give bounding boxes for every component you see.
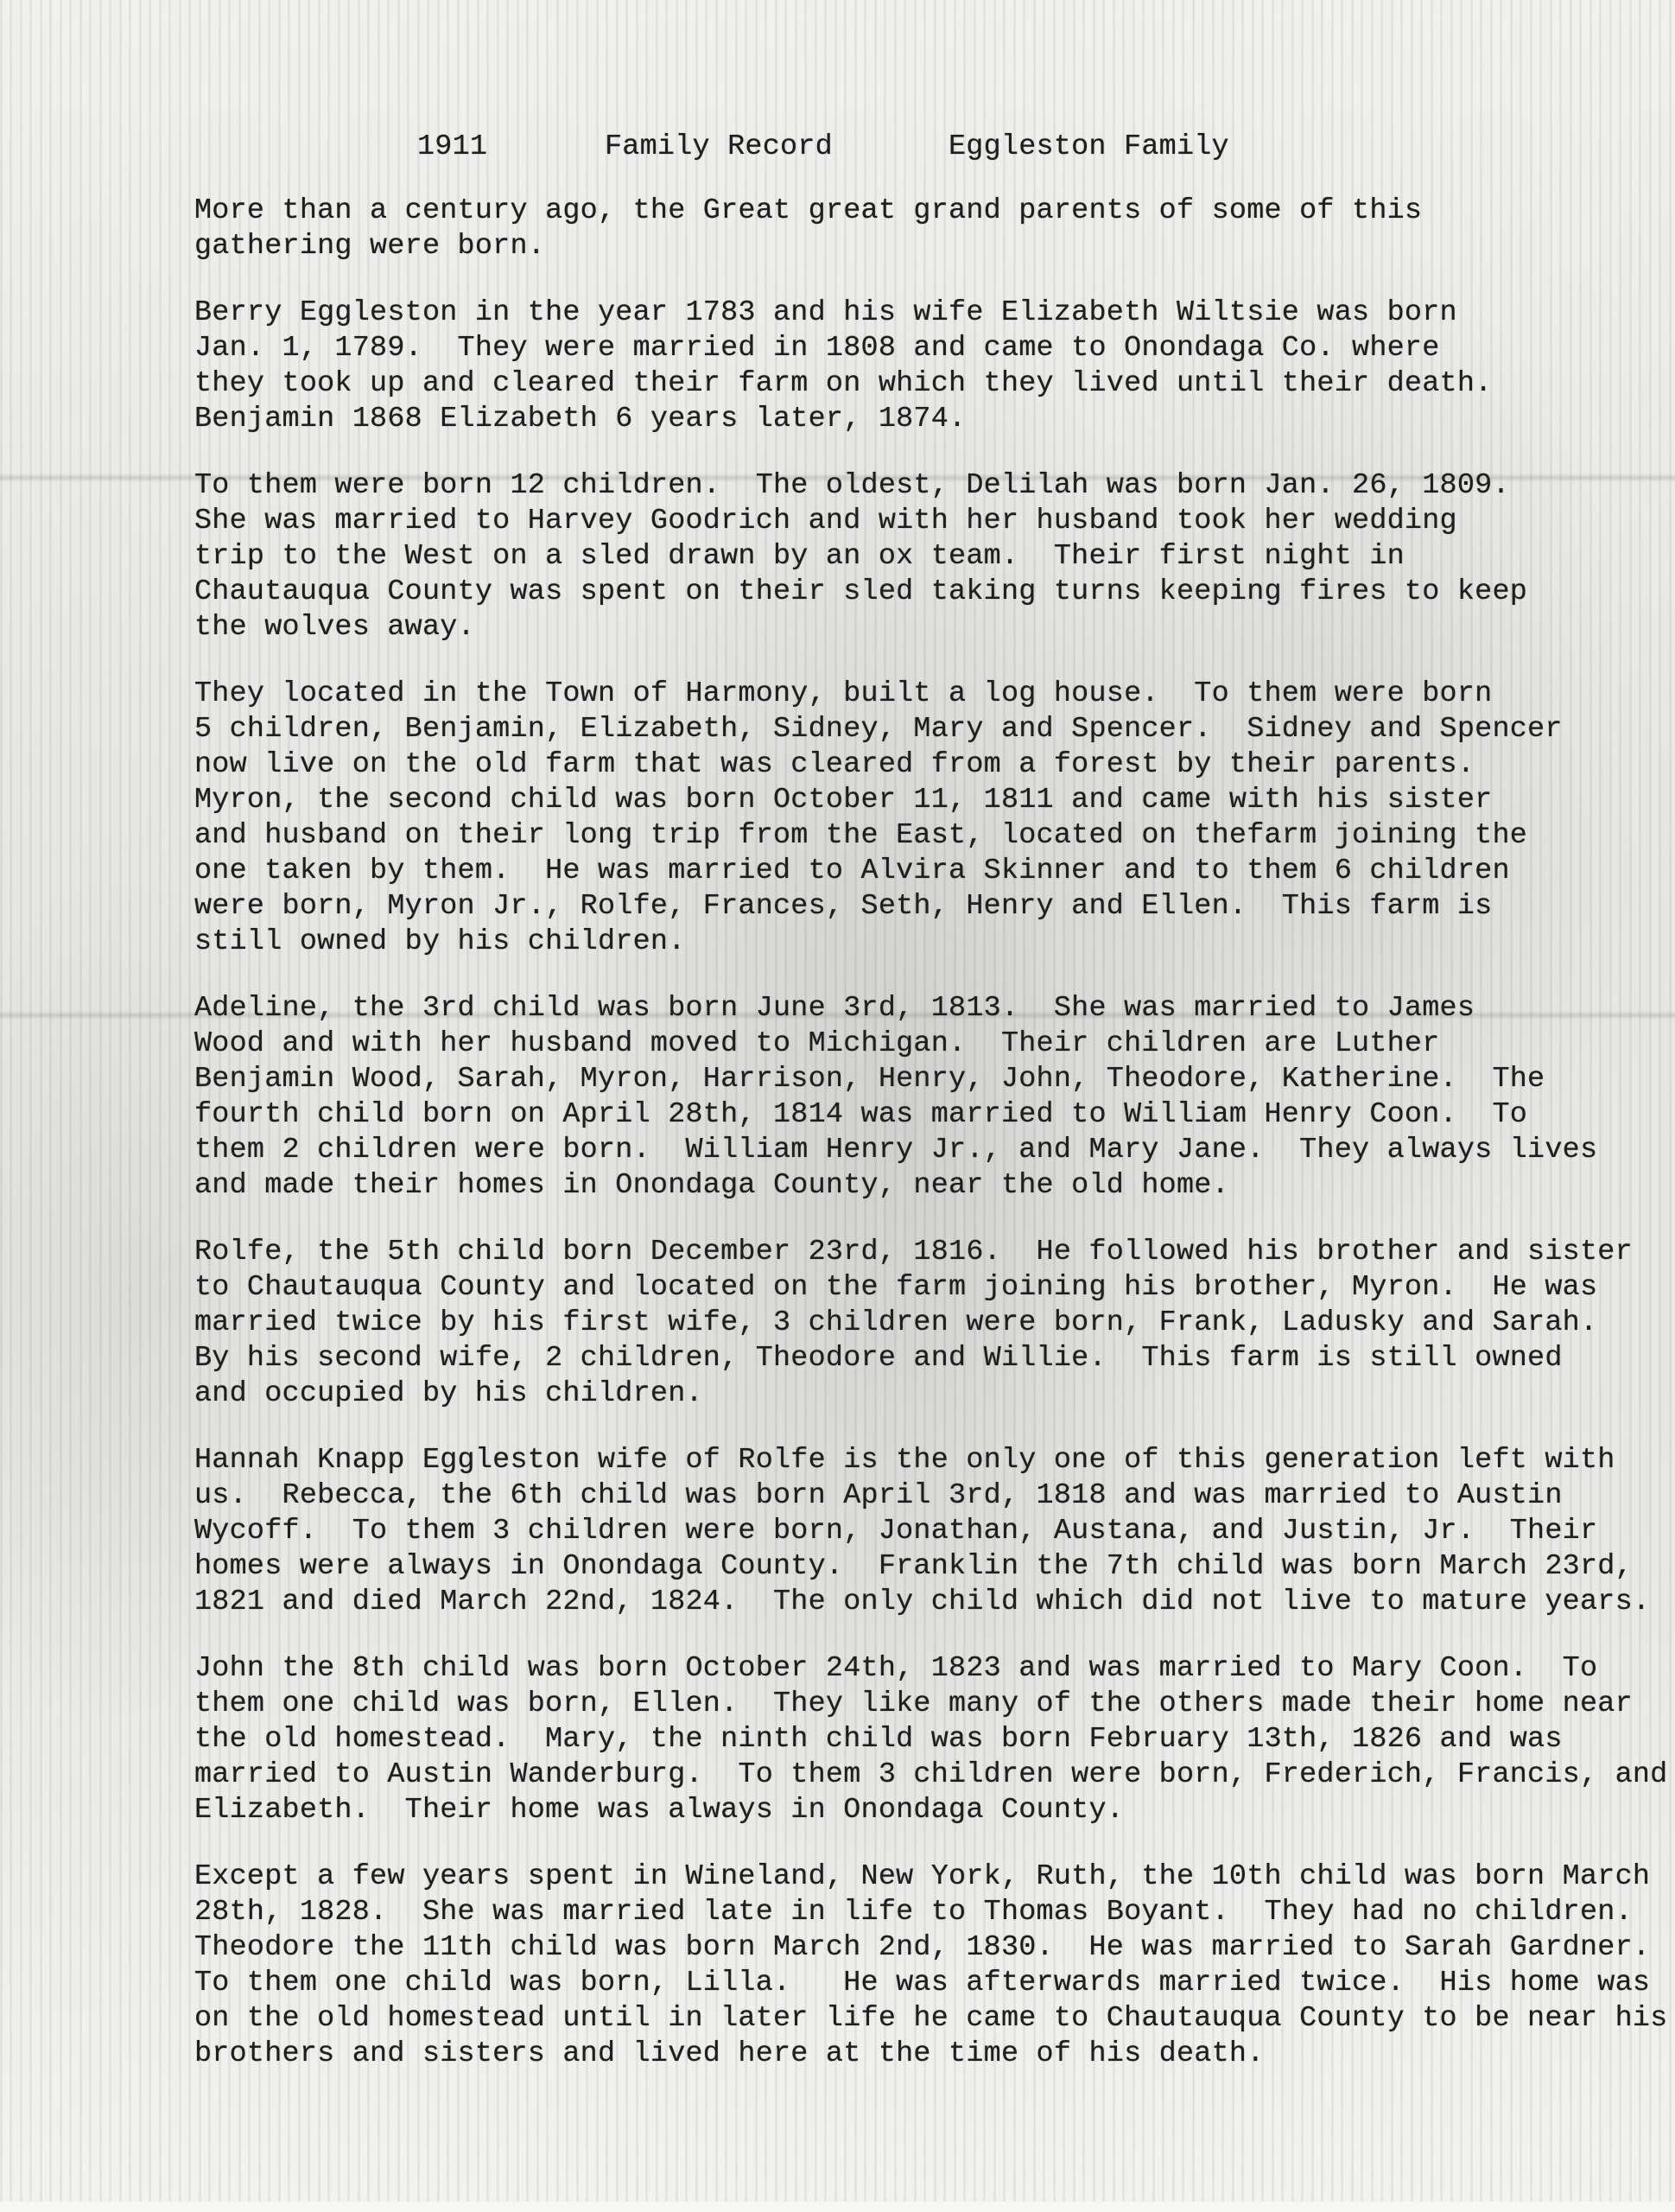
text-line: the wolves away. <box>194 610 1646 645</box>
text-line: By his second wife, 2 children, Theodore… <box>194 1341 1646 1376</box>
header-year: 1911 <box>417 130 487 165</box>
text-line: trip to the West on a sled drawn by an o… <box>194 539 1646 575</box>
text-line: Jan. 1, 1789. They were married in 1808 … <box>194 331 1646 366</box>
text-line: the old homestead. Mary, the ninth child… <box>194 1722 1646 1758</box>
text-line: Hannah Knapp Eggleston wife of Rolfe is … <box>194 1443 1646 1478</box>
text-line: Adeline, the 3rd child was born June 3rd… <box>194 991 1646 1027</box>
text-line: were born, Myron Jr., Rolfe, Frances, Se… <box>194 889 1646 925</box>
text-line: More than a century ago, the Great great… <box>194 194 1646 229</box>
text-line: Berry Eggleston in the year 1783 and his… <box>194 296 1646 331</box>
text-line: To them one child was born, Lilla. He wa… <box>194 1966 1646 2001</box>
text-line: and made their homes in Onondaga County,… <box>194 1168 1646 1204</box>
text-line: and husband on their long trip from the … <box>194 818 1646 854</box>
text-line: they took up and cleared their farm on w… <box>194 366 1646 402</box>
text-line: Except a few years spent in Wineland, Ne… <box>194 1859 1646 1895</box>
text-line: homes were always in Onondaga County. Fr… <box>194 1549 1646 1585</box>
text-line: Elizabeth. Their home was always in Onon… <box>194 1793 1646 1828</box>
paragraph: John the 8th child was born October 24th… <box>194 1651 1646 1828</box>
paragraph: Adeline, the 3rd child was born June 3rd… <box>194 991 1646 1204</box>
text-line: They located in the Town of Harmony, bui… <box>194 677 1646 712</box>
scan-edge <box>0 2202 1675 2212</box>
text-line: now live on the old farm that was cleare… <box>194 747 1646 783</box>
document-body: More than a century ago, the Great great… <box>194 194 1646 2072</box>
text-line: still owned by his children. <box>194 925 1646 960</box>
text-line: gathering were born. <box>194 229 1646 264</box>
header-family-name: Eggleston Family <box>949 130 1229 165</box>
text-line: Benjamin 1868 Elizabeth 6 years later, 1… <box>194 402 1646 437</box>
text-line: fourth child born on April 28th, 1814 wa… <box>194 1097 1646 1133</box>
text-line: Wycoff. To them 3 children were born, Jo… <box>194 1514 1646 1549</box>
text-line: on the old homestead until in later life… <box>194 2001 1646 2037</box>
paragraph: Rolfe, the 5th child born December 23rd,… <box>194 1235 1646 1412</box>
text-line: them one child was born, Ellen. They lik… <box>194 1687 1646 1722</box>
paragraph: They located in the Town of Harmony, bui… <box>194 677 1646 960</box>
paragraph: Hannah Knapp Eggleston wife of Rolfe is … <box>194 1443 1646 1620</box>
text-line: and occupied by his children. <box>194 1376 1646 1412</box>
paragraph: More than a century ago, the Great great… <box>194 194 1646 264</box>
text-line: Benjamin Wood, Sarah, Myron, Harrison, H… <box>194 1062 1646 1097</box>
text-line: married twice by his first wife, 3 child… <box>194 1306 1646 1341</box>
text-line: brothers and sisters and lived here at t… <box>194 2037 1646 2072</box>
text-line: Myron, the second child was born October… <box>194 783 1646 818</box>
text-line: Wood and with her husband moved to Michi… <box>194 1027 1646 1062</box>
text-line: 28th, 1828. She was married late in life… <box>194 1895 1646 1930</box>
text-line: To them were born 12 children. The oldes… <box>194 468 1646 504</box>
text-line: us. Rebecca, the 6th child was born Apri… <box>194 1478 1646 1514</box>
text-line: John the 8th child was born October 24th… <box>194 1651 1646 1687</box>
paragraph: Berry Eggleston in the year 1783 and his… <box>194 296 1646 437</box>
text-line: She was married to Harvey Goodrich and w… <box>194 504 1646 539</box>
text-line: Chautauqua County was spent on their sle… <box>194 575 1646 610</box>
text-line: one taken by them. He was married to Alv… <box>194 854 1646 889</box>
text-line: to Chautauqua County and located on the … <box>194 1270 1646 1306</box>
typewritten-page: 1911 Family Record Eggleston Family More… <box>194 130 1646 2103</box>
header-title: Family Record <box>605 130 833 165</box>
paragraph: Except a few years spent in Wineland, Ne… <box>194 1859 1646 2072</box>
text-line: Theodore the 11th child was born March 2… <box>194 1930 1646 1966</box>
text-line: married to Austin Wanderburg. To them 3 … <box>194 1758 1646 1793</box>
text-line: Rolfe, the 5th child born December 23rd,… <box>194 1235 1646 1270</box>
document-header: 1911 Family Record Eggleston Family <box>194 130 1646 171</box>
text-line: them 2 children were born. William Henry… <box>194 1133 1646 1168</box>
paragraph: To them were born 12 children. The oldes… <box>194 468 1646 645</box>
text-line: 1821 and died March 22nd, 1824. The only… <box>194 1585 1646 1620</box>
text-line: 5 children, Benjamin, Elizabeth, Sidney,… <box>194 712 1646 747</box>
